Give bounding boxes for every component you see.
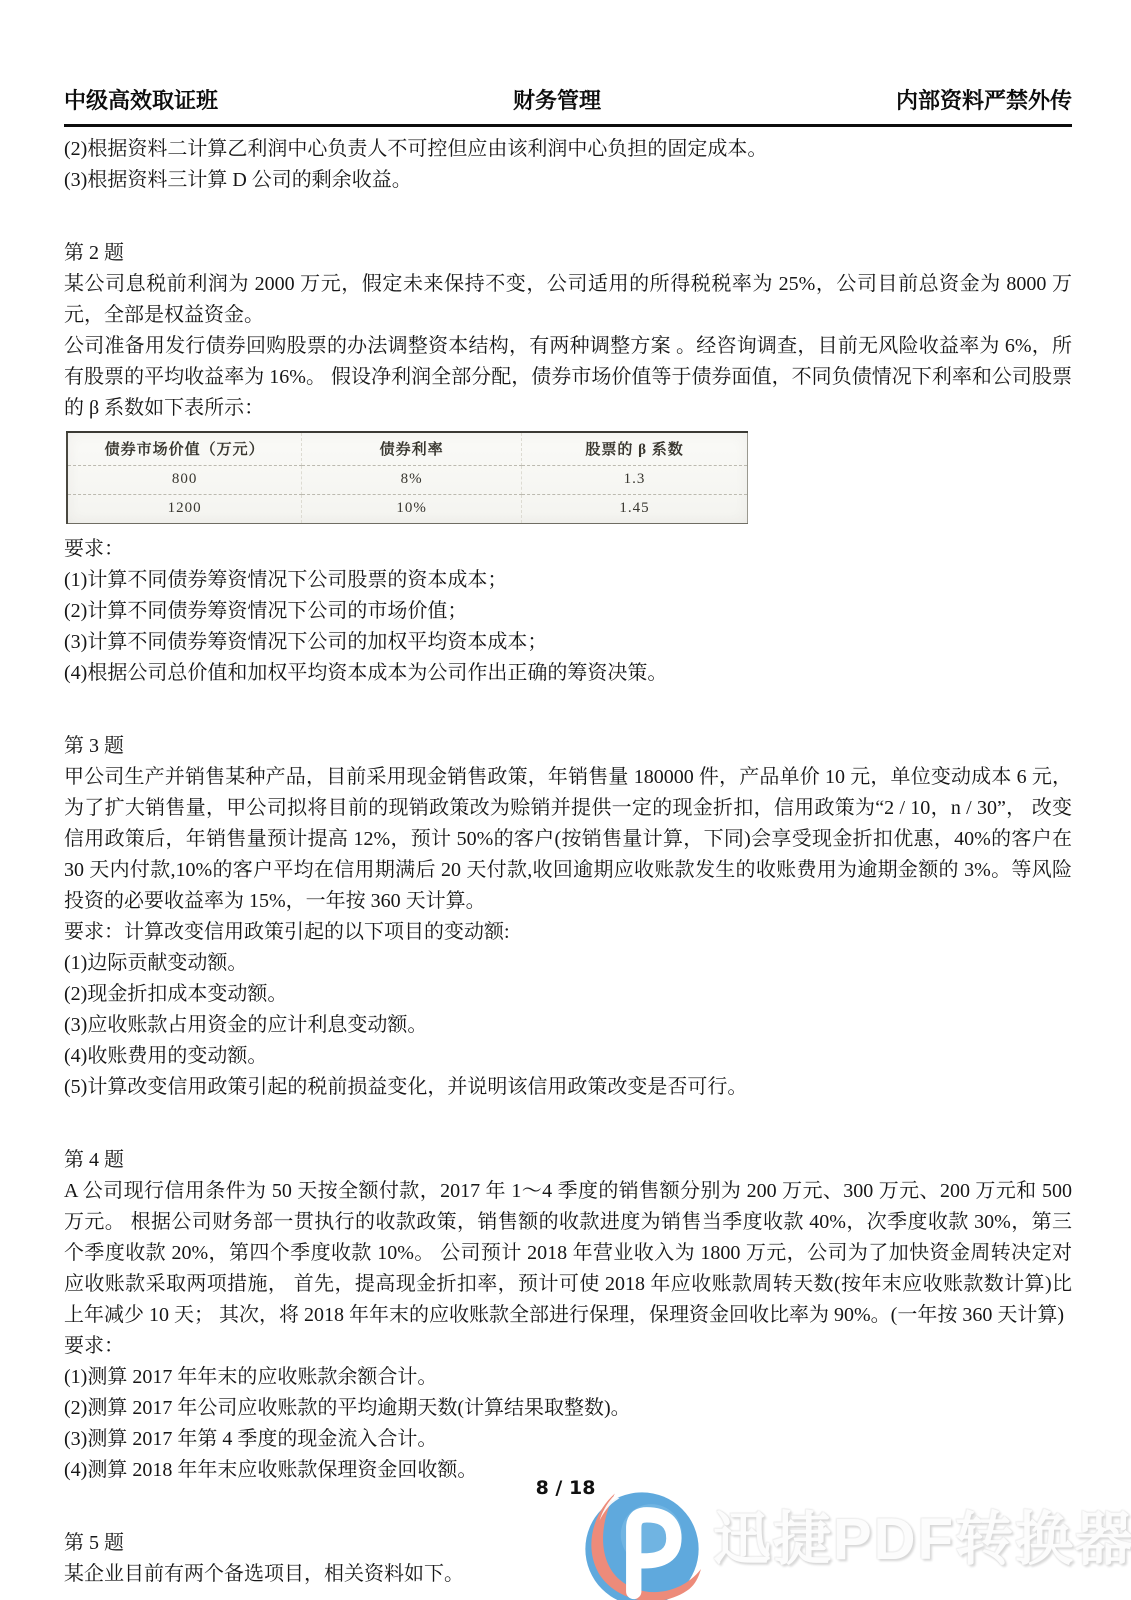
requirements-label: 要求：	[64, 534, 1072, 565]
watermark-text: 迅捷PDF转换器	[713, 1492, 1131, 1576]
table-header-cell: 债券利率	[302, 432, 522, 466]
requirement-item: (4)根据公司总价值和加权平均资本成本为公司作出正确的筹资决策。	[64, 658, 1072, 689]
pdf-converter-logo-icon	[583, 1490, 701, 1600]
document-page: 中级高效取证班 财务管理 内部资料严禁外传 (2)根据资料二计算乙利润中心负责人…	[0, 0, 1131, 1600]
document-body: (2)根据资料二计算乙利润中心负责人不可控但应由该利润中心负担的固定成本。 (3…	[64, 134, 1072, 1590]
requirement-item: (1)边际贡献变动额。	[64, 948, 1072, 979]
page-number: 8 / 18	[0, 1477, 1131, 1499]
table-cell: 1200	[67, 495, 302, 524]
question-paragraph: 公司准备用发行债券回购股票的办法调整资本结构，有两种调整方案 。经咨询调查，目前…	[64, 331, 1072, 424]
requirement-item: (1)计算不同债券筹资情况下公司股票的资本成本；	[64, 565, 1072, 596]
header-course-name: 中级高效取证班	[64, 84, 218, 115]
table-cell: 1.3	[522, 466, 748, 495]
watermark: 迅捷PDF转换器	[583, 1490, 1131, 1600]
question-4-section: 第 4 题 A 公司现行信用条件为 50 天按全额付款，2017 年 1～4 季…	[64, 1145, 1072, 1486]
table-cell: 8%	[302, 466, 522, 495]
page-content: 中级高效取证班 财务管理 内部资料严禁外传 (2)根据资料二计算乙利润中心负责人…	[64, 84, 1072, 1590]
question-paragraph: 甲公司生产并销售某种产品，目前采用现金销售政策，年销售量 180000 件，产品…	[64, 762, 1072, 917]
question-2-section: 第 2 题 某公司息税前利润为 2000 万元，假定未来保持不变，公司适用的所得…	[64, 238, 1072, 689]
document-header: 中级高效取证班 财务管理 内部资料严禁外传	[64, 84, 1072, 127]
table-header-cell: 债券市场价值（万元）	[67, 432, 302, 466]
table-header-cell: 股票的 β 系数	[522, 432, 748, 466]
intro-item: (2)根据资料二计算乙利润中心负责人不可控但应由该利润中心负担的固定成本。	[64, 134, 1072, 165]
requirements-label: 要求：计算改变信用政策引起的以下项目的变动额:	[64, 917, 1072, 948]
intro-item: (3)根据资料三计算 D 公司的剩余收益。	[64, 165, 1072, 196]
question-paragraph: A 公司现行信用条件为 50 天按全额付款，2017 年 1～4 季度的销售额分…	[64, 1176, 1072, 1331]
header-subject-title: 财务管理	[513, 84, 601, 115]
requirement-item: (1)测算 2017 年年末的应收账款余额合计。	[64, 1362, 1072, 1393]
question-title: 第 3 题	[64, 731, 1072, 762]
requirement-item: (5)计算改变信用政策引起的税前损益变化，并说明该信用政策改变是否可行。	[64, 1072, 1072, 1103]
table-row: 800 8% 1.3	[67, 466, 748, 495]
table-row: 1200 10% 1.45	[67, 495, 748, 524]
requirement-item: (3)计算不同债券筹资情况下公司的加权平均资本成本；	[64, 627, 1072, 658]
header-confidential-note: 内部资料严禁外传	[896, 84, 1072, 115]
requirements-label: 要求：	[64, 1331, 1072, 1362]
question-title: 第 2 题	[64, 238, 1072, 269]
bond-table-wrapper: 债券市场价值（万元） 债券利率 股票的 β 系数 800 8% 1.3	[64, 424, 1072, 534]
question-3-section: 第 3 题 甲公司生产并销售某种产品，目前采用现金销售政策，年销售量 18000…	[64, 731, 1072, 1103]
bond-table: 债券市场价值（万元） 债券利率 股票的 β 系数 800 8% 1.3	[66, 431, 748, 524]
requirement-item: (2)现金折扣成本变动额。	[64, 979, 1072, 1010]
table-cell: 10%	[302, 495, 522, 524]
requirement-item: (3)应收账款占用资金的应计利息变动额。	[64, 1010, 1072, 1041]
table-header-row: 债券市场价值（万元） 债券利率 股票的 β 系数	[67, 432, 748, 466]
question-title: 第 4 题	[64, 1145, 1072, 1176]
requirement-item: (2)测算 2017 年公司应收账款的平均逾期天数(计算结果取整数)。	[64, 1393, 1072, 1424]
question-paragraph: 某公司息税前利润为 2000 万元，假定未来保持不变，公司适用的所得税税率为 2…	[64, 269, 1072, 331]
table-cell: 1.45	[522, 495, 748, 524]
requirement-item: (2)计算不同债券筹资情况下公司的市场价值；	[64, 596, 1072, 627]
requirement-item: (3)测算 2017 年第 4 季度的现金流入合计。	[64, 1424, 1072, 1455]
table-cell: 800	[67, 466, 302, 495]
requirement-item: (4)收账费用的变动额。	[64, 1041, 1072, 1072]
